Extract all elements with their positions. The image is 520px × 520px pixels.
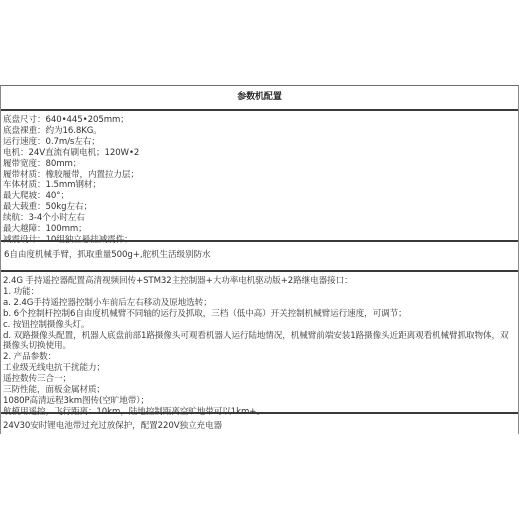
function-item: a. 2.4G手持遥控器控制小车前后左右移动及原地选转；	[3, 298, 516, 309]
spec-label: 履带材质：	[3, 170, 45, 180]
spec-endurance: 续航：3-4个小时左右	[3, 213, 516, 224]
spec-motor: 电机：24V直流有刷电机；120W•2	[3, 148, 516, 159]
spec-value: 50kg左右；	[45, 202, 91, 212]
spec-value: 1.5mm钢材；	[45, 180, 100, 190]
spec-max-climb: 最大爬坡：40°；	[3, 191, 516, 202]
spec-label: 续航：	[3, 213, 28, 223]
spec-label: 最大载重：	[3, 202, 45, 212]
spec-label: 底盘裸重：	[3, 126, 45, 136]
spec-value: 3-4个小时左右	[28, 213, 84, 223]
spec-value: 24V直流有刷电机；120W•2	[28, 148, 139, 158]
spec-value: 约为16.8KG。	[45, 126, 101, 136]
function-item: c. 按钮控制摄像头灯。	[3, 320, 516, 331]
spec-chassis-weight: 底盘裸重：约为16.8KG。	[3, 126, 516, 137]
function-item: b. 6个控制杆控制6自由度机械臂不同轴的运行及抓取，三档（低中高）开关控制机械…	[3, 309, 516, 320]
spec-value: 10组独立悬挂减震件；	[45, 235, 132, 245]
spec-value: 100mm；	[45, 224, 86, 234]
table-title-row: 参数机配置	[1, 86, 518, 111]
spec-value: 640•445•205mm；	[45, 115, 128, 125]
spec-label: 运行速度：	[3, 137, 45, 147]
arm-spec-row: 6自由度机械手臂，抓取重量500g+,舵机生活级别防水	[1, 242, 518, 272]
spec-track-material: 履带材质：橡胶履带，内置拉力层；	[3, 170, 516, 181]
spec-label: 车体材质：	[3, 180, 45, 190]
param-item: 工业级无线电抗干扰能力；	[3, 363, 516, 374]
chassis-specs-row: 底盘尺寸：640•445•205mm； 底盘裸重：约为16.8KG。 运行速度：…	[1, 111, 518, 242]
spec-label: 减震设计：	[3, 235, 45, 245]
battery-spec-text: 24V30安时锂电池带过充过放保护，配置220V独立充电器	[3, 421, 222, 431]
functions-title: 1. 功能：	[3, 287, 516, 298]
arm-spec-text: 6自由度机械手臂，抓取重量500g+,舵机生活级别防水	[4, 250, 210, 261]
controller-spec-row: 2.4G 手持遥控器配置高清视频回传+STM32主控制器+大功率电机驱动版+2路…	[1, 272, 518, 414]
spec-label: 电机：	[3, 148, 28, 158]
spec-body-material: 车体材质：1.5mm钢材；	[3, 180, 516, 191]
spec-label: 最大越障：	[3, 224, 45, 234]
spec-label: 最大爬坡：	[3, 191, 45, 201]
spec-track-width: 履带宽度：80mm；	[3, 159, 516, 170]
spec-chassis-size: 底盘尺寸：640•445•205mm；	[3, 115, 516, 126]
spec-value: 40°；	[45, 191, 68, 201]
spec-value: 80mm；	[45, 159, 81, 169]
table-title: 参数机配置	[237, 92, 282, 103]
spec-label: 底盘尺寸：	[3, 115, 45, 125]
spec-value: 0.7m/s左右；	[45, 137, 99, 147]
spec-table: 参数机配置 底盘尺寸：640•445•205mm； 底盘裸重：约为16.8KG。…	[0, 85, 519, 434]
spec-max-load: 最大载重：50kg左右；	[3, 202, 516, 213]
spec-speed: 运行速度：0.7m/s左右；	[3, 137, 516, 148]
spec-max-obstacle: 最大越障：100mm；	[3, 224, 516, 235]
param-item: 1080P高清远程3km图传(空旷地带）；	[3, 396, 516, 407]
function-item: d. 双路摄像头配置，机器人底盘前部1路摄像头可观看机器人运行陆地情况，机械臂前…	[3, 331, 516, 353]
spec-label: 履带宽度：	[3, 159, 45, 169]
param-item: 三防性能，面板金属材质；	[3, 385, 516, 396]
spec-value: 橡胶履带，内置拉力层；	[45, 170, 138, 180]
controller-intro: 2.4G 手持遥控器配置高清视频回传+STM32主控制器+大功率电机驱动版+2路…	[3, 276, 516, 287]
param-item: 遥控数传三合一；	[3, 374, 516, 385]
params-title: 2. 产品参数：	[3, 352, 516, 363]
